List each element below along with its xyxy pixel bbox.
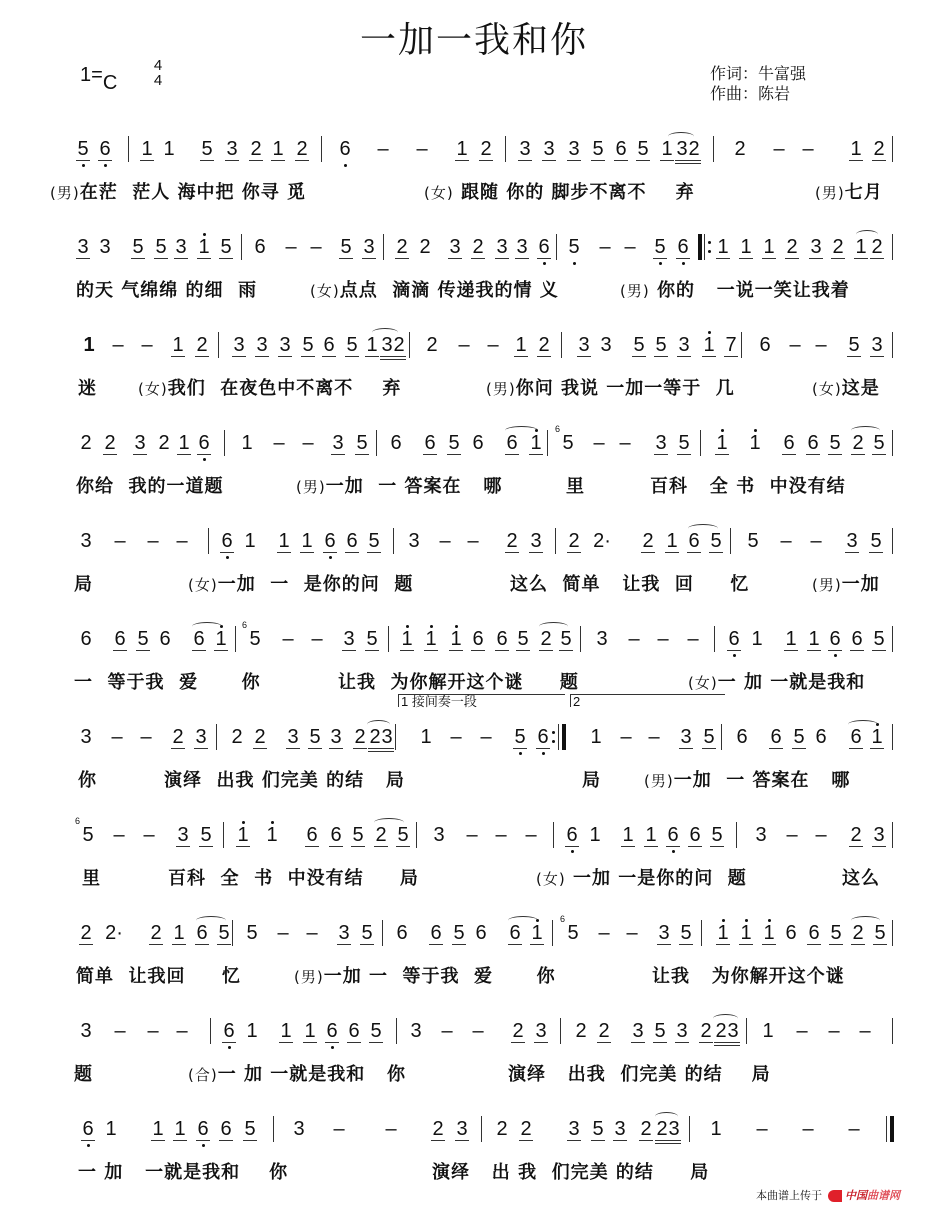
note: 1 [871,726,883,748]
note: 2· [103,922,125,944]
beam-underline [279,1042,293,1043]
beam-underline [565,846,579,847]
slur [851,426,880,435]
lyric-segment: 百科 全 书 中没有结 局 [168,864,419,890]
lyric-segment: 一 加 一就是我和 你 [78,1158,288,1184]
note: 1 [241,432,253,454]
note: 5 [340,236,352,258]
beam-underline [591,160,605,161]
dash: – [619,432,631,454]
note: 1 [420,726,432,748]
beam-underline [192,650,206,651]
barline [396,1018,397,1044]
beam-underline [365,650,379,651]
dash: – [810,530,822,552]
lyric-segment: 你 [78,766,97,792]
notation-line: 33553156––5322323365––5611123212 [0,230,948,270]
low-octave-dot [203,458,206,461]
note: 1 [425,628,437,650]
note: 3 [233,334,245,356]
note: 2 [715,1020,727,1042]
note: 5 [633,334,645,356]
barline [216,724,217,750]
note: 3 [330,726,342,748]
beam-underline [225,160,239,161]
note: 5 [244,1118,256,1140]
high-octave-dot [721,429,724,432]
lyric-segment: 你给 我的一道题 [76,472,224,498]
beam-underline [329,846,343,847]
note: 2 [196,334,208,356]
footer-watermark: 本曲谱上传于中国曲谱网 [756,1187,900,1203]
note: 5 [352,824,364,846]
beam-underline [323,552,337,553]
note: 6 [339,138,351,160]
low-octave-dot [228,1046,231,1049]
beam-underline [479,160,493,161]
lyric-text: 演绎 出我 们完美 的结 局 [164,770,405,791]
voice-part-label: (男) [296,478,326,496]
note: 3 [496,236,508,258]
beam-underline [739,258,753,259]
note: 2 [250,138,262,160]
note: 1 [763,236,775,258]
beam-underline [131,258,145,259]
beam-underline [329,748,343,749]
note: 3 [256,334,268,356]
beam-underline [322,356,336,357]
beam-underline [308,748,322,749]
note: 3 [408,530,420,552]
note: 1 [855,236,867,258]
barline [560,1018,561,1044]
low-octave-dot [104,164,107,167]
lyric-segment: (女)我们 在夜色中不离不 弃 [138,374,401,400]
beam-underline [355,454,369,455]
note: 2 [231,726,243,748]
beam-underline [301,356,315,357]
lyric-text: 一加 一 是你的问 题 [218,574,414,595]
lyric-text: 百科 全 书 中没有结 [650,476,846,497]
beam-underline [495,258,509,259]
beam-underline [392,356,406,357]
lyric-text: 让我 为你解开这个谜 题 [338,672,579,693]
note: 3 [596,628,608,650]
low-octave-dot [659,262,662,265]
lyric-segment: (女) 一加 一是你的问 题 [536,864,747,890]
beam-underline [591,1140,605,1141]
lyric-segment: (男)一加 一 答案在 哪 [296,472,502,498]
beam-underline [331,454,345,455]
beam-underline [217,944,231,945]
beam-underline [869,552,883,553]
high-octave-dot [203,233,206,236]
dash: – [815,334,827,356]
note: 6 [537,726,549,748]
low-octave-dot [202,1144,205,1147]
note: 1 [645,824,657,846]
note: 1 [141,138,153,160]
beam-underline [173,1140,187,1141]
beam-underline [716,944,730,945]
voice-part-label: (男) [815,184,845,202]
note: 6 [509,922,521,944]
barline [505,136,506,162]
dash: – [780,530,792,552]
lyric-segment: 简单 让我回 忆 [76,962,241,988]
note: 5 [592,1118,604,1140]
beam-underline [232,356,246,357]
barline [741,332,742,358]
beam-underline [431,1140,445,1141]
beam-underline [807,650,821,651]
dash: – [176,1020,188,1042]
lyric-segment: 演绎 出我 们完美 的结 局 [508,1060,771,1086]
beam-underline [872,454,886,455]
high-octave-dot [708,331,711,334]
dash: – [273,432,285,454]
beam-underline [854,258,868,259]
note: 2 [80,432,92,454]
beam-underline [677,356,691,357]
note: 5 [703,726,715,748]
lyric-segment: (女)一 加 一就是我和 [688,668,865,694]
barline [208,528,209,554]
note: 3 [614,1118,626,1140]
note: 1 [740,236,752,258]
lyrics-line: 一 加 一就是我和 你演绎 出 我 们完美 的结 局 [0,1158,948,1186]
note: 6 [254,236,266,258]
beam-underline [360,944,374,945]
note: 6 [850,726,862,748]
note: 2 [642,530,654,552]
beam-underline [534,1042,548,1043]
beam-underline [784,650,798,651]
high-octave-dot [242,821,245,824]
beam-underline [709,552,723,553]
beam-underline [702,356,716,357]
barline [713,136,714,162]
beam-underline [511,1042,525,1043]
note: 3 [535,1020,547,1042]
note: 5 [710,530,722,552]
dash: – [114,1020,126,1042]
note: 6 [197,1118,209,1140]
lyric-text: 在茫 茫人 海中把 你寻 觅 [80,182,306,203]
note: 5 [678,432,690,454]
note: 3 [543,138,555,160]
dash: – [848,1118,860,1140]
dash: – [598,922,610,944]
voice-part-label: (女) [188,576,218,594]
note: 5 [873,432,885,454]
beam-underline [518,160,532,161]
beam-underline [380,748,394,749]
lyrics-line: 局(女)一加 一 是你的问 题这么 简单 让我 回 忆(男)一加 [0,570,948,598]
grace-note: 6 [555,424,560,434]
note: 6 [323,334,335,356]
barline [892,920,893,946]
note: 5 [874,922,886,944]
note: 1 [749,432,761,454]
note: 2 [296,138,308,160]
low-octave-dot [519,752,522,755]
note: 5 [592,138,604,160]
beam-underline [699,1042,713,1043]
note: 3 [363,236,375,258]
beam-underline-2 [687,163,701,164]
note: 5 [711,824,723,846]
note: 1 [515,334,527,356]
beam-underline [243,1140,257,1141]
lyric-text: 你 [78,770,97,791]
beam-underline [199,846,213,847]
beam-underline [567,552,581,553]
note: 5 [218,922,230,944]
final-barline-thin [886,1116,887,1142]
note: 6 [851,628,863,650]
beam-underline [400,650,414,651]
beam-underline [219,1140,233,1141]
voice-part-label: (男) [644,772,674,790]
dash: – [466,824,478,846]
beam-underline [76,160,90,161]
lyric-text: 一 加 一就是我和 你 [218,1064,406,1085]
beam-underline [613,1140,627,1141]
note: 3 [449,236,461,258]
notation-line: 2232161––3566566165––351166525 [0,426,948,466]
beam-underline-2 [726,1045,740,1046]
beam-underline [702,748,716,749]
beam-underline [829,944,843,945]
note: 1 [280,1020,292,1042]
beam-underline [654,356,668,357]
dash: – [176,530,188,552]
time-signature: 4 4 [150,58,166,88]
beam-underline [536,748,550,749]
barline [416,822,417,848]
note: 5 [655,334,667,356]
note: 5 [361,922,373,944]
beam-underline [667,1140,681,1141]
beam-underline [98,160,112,161]
dash: – [306,922,318,944]
note: 5 [77,138,89,160]
notation-line: 3–––61116653––2322·21655––35 [0,524,948,564]
note: 6 [677,236,689,258]
barline [892,1018,893,1044]
beam-underline [423,454,437,455]
beam-underline [365,356,379,357]
beam-underline [277,552,291,553]
note: 5 [249,628,261,650]
low-octave-dot [672,850,675,853]
low-octave-dot [87,1144,90,1147]
note: 2 [480,138,492,160]
barline [395,724,396,750]
repeat-dot [552,740,555,743]
note: 1 [105,1118,117,1140]
note: 1 [531,922,543,944]
note: 3 [381,334,393,356]
beam-underline [197,258,211,259]
dash: – [450,726,462,748]
beam-underline [529,454,543,455]
barline [892,136,893,162]
beam-underline [660,160,674,161]
beam-underline [367,552,381,553]
key-letter: C [103,72,117,94]
note: 1 [808,628,820,650]
note: 6 [330,824,342,846]
barline [409,332,410,358]
beam-underline [687,552,701,553]
lyric-segment: (男)一加 一 等于我 爱 你 [294,962,556,988]
note: 3 [678,334,690,356]
barline [321,136,322,162]
beam-underline [870,356,884,357]
beam-underline [471,650,485,651]
note: 1 [278,530,290,552]
beam-underline [785,258,799,259]
note: 2 [640,1118,652,1140]
barline [730,528,731,554]
notation-line: 65––3511665253–––61116653––23 [0,818,948,858]
note: 6 [538,236,550,258]
note: 2 [150,922,162,944]
note: 6 [306,824,318,846]
note: 3 [177,824,189,846]
note: 6 [808,922,820,944]
beam-underline [347,1042,361,1043]
note: 1 [163,138,175,160]
beam-underline [151,1140,165,1141]
beam-underline [374,846,388,847]
lyric-text: 题 [74,1064,93,1085]
note: 6 [615,138,627,160]
beam-underline [847,356,861,357]
dash: – [439,530,451,552]
barline [128,136,129,162]
note: 1 [366,334,378,356]
note: 6 [82,1118,94,1140]
repeat-dot [708,250,711,253]
note: 5 [637,138,649,160]
beam-underline [726,1042,740,1043]
dash: – [796,1020,808,1042]
voice-part-label: (合) [188,1066,218,1084]
lyric-text: 跟随 你的 脚步不离不 弃 [454,182,695,203]
dash: – [147,1020,159,1042]
beam-underline [782,454,796,455]
beam-underline [653,258,667,259]
beam-underline [807,944,821,945]
barline [736,822,737,848]
note: 5 [848,334,860,356]
dash: – [467,530,479,552]
beam-underline [345,552,359,553]
note: 5 [346,334,358,356]
note: 1 [530,432,542,454]
beam-underline [149,944,163,945]
beam-underline [537,356,551,357]
beam-underline [362,258,376,259]
slur [196,916,226,925]
lyric-segment: (男)你问 我说 一加一等于 几 [486,374,735,400]
note: 2 [158,432,170,454]
note: 2 [575,1020,587,1042]
note: 1 [751,628,763,650]
note: 6 [390,432,402,454]
beam-underline [305,846,319,847]
dash: – [687,628,699,650]
beam-underline [236,846,250,847]
note: 3 [578,334,590,356]
beam-underline [849,846,863,847]
beam-underline [529,552,543,553]
note: 2· [591,530,613,552]
high-octave-dot [430,625,433,628]
beam-underline [710,846,724,847]
beam-underline [657,944,671,945]
note: 1 [237,824,249,846]
barline [232,920,233,946]
lyric-text: 七月 [845,182,883,203]
voice-part-label: (女) [138,380,168,398]
lyric-segment: 这么 [842,864,880,890]
lyric-segment: 的天 气绵绵 的细 雨 [76,276,257,302]
dash: – [756,1118,768,1140]
low-octave-dot [344,164,347,167]
note: 6 [736,726,748,748]
voice-part-label: (男) [486,380,516,398]
note: 5 [453,922,465,944]
note: 5 [870,530,882,552]
lyric-text: 一加 一 等于我 爱 你 [324,966,556,987]
note: 2 [375,824,387,846]
note: 6 [424,432,436,454]
beam-underline [676,258,690,259]
note: 5 [246,922,258,944]
repeat-start-barline [698,234,702,260]
note: 6 [759,334,771,356]
beam-underline [542,160,556,161]
high-octave-dot [455,625,458,628]
lyric-text: 一加 一 答案在 哪 [674,770,851,791]
beam-underline [220,552,234,553]
repeat-end-barline [562,724,566,750]
grace-note: 6 [75,816,80,826]
beam-underline [665,552,679,553]
note: 3 [846,530,858,552]
lyric-text: 这是 [842,378,880,399]
note: 5 [220,236,232,258]
lyric-segment: 题 [74,1060,93,1086]
note: 3 [410,1020,422,1042]
note: 2 [506,530,518,552]
beam-underline [455,1140,469,1141]
beam-underline [508,944,522,945]
high-octave-dot [745,919,748,922]
note: 2 [520,1118,532,1140]
slur [856,230,878,239]
beam-underline [222,1042,236,1043]
beam-underline [455,160,469,161]
note: 3 [279,334,291,356]
note: 2 [512,1020,524,1042]
lyric-text: 点点 滴滴 传递我的情 义 [340,280,559,301]
dash: – [141,334,153,356]
